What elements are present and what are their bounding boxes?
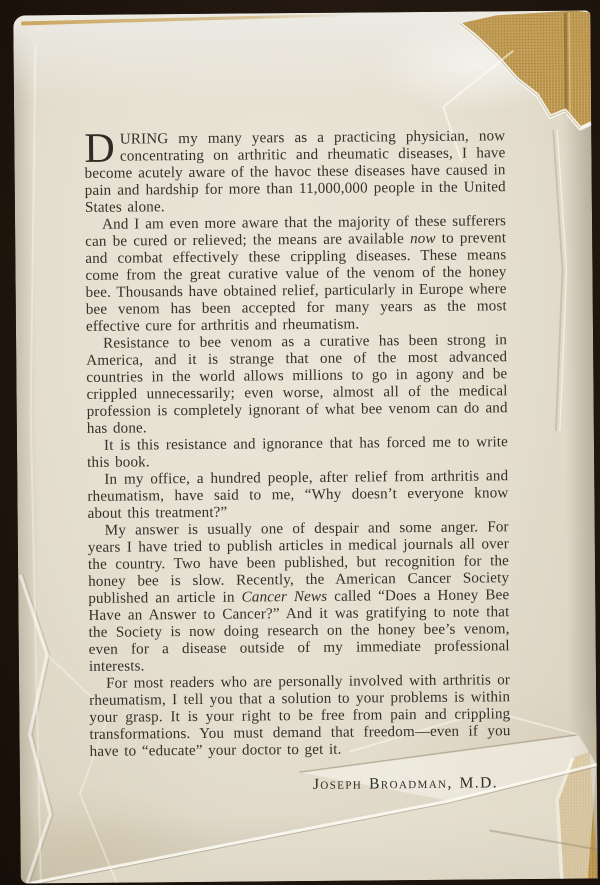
- cloth-tear-top-right: [459, 10, 591, 129]
- paragraph: Resistance to bee venom as a curative ha…: [86, 332, 508, 438]
- paragraph-text: It is this resistance and ignorance that…: [87, 434, 508, 471]
- cloth-edge-top: [21, 14, 352, 26]
- paragraph: It is this resistance and ignorance that…: [87, 434, 508, 472]
- paragraph-text: In my office, a hundred people, after re…: [87, 468, 508, 522]
- paragraph: In my office, a hundred people, after re…: [87, 468, 508, 523]
- paragraph-text: Resistance to bee venom as a curative ha…: [86, 332, 508, 437]
- paragraph-text: For most readers who are personally invo…: [89, 672, 510, 760]
- paragraph: And I am even more aware that the majori…: [85, 213, 507, 336]
- paragraph-text: URING my many years as a practicing phys…: [85, 128, 506, 216]
- drop-cap: D: [84, 132, 120, 165]
- paragraph: My answer is usually one of despair and …: [88, 519, 510, 676]
- jacket-text: DURING my many years as a practicing phy…: [84, 128, 511, 795]
- paragraph: For most readers who are personally invo…: [89, 672, 511, 761]
- book-back-cover: DURING my many years as a practicing phy…: [13, 10, 598, 883]
- photo-background: DURING my many years as a practicing phy…: [0, 0, 600, 885]
- paragraph: DURING my many years as a practicing phy…: [84, 128, 506, 217]
- italic-text: now: [410, 231, 436, 247]
- italic-text: Cancer News: [242, 589, 328, 606]
